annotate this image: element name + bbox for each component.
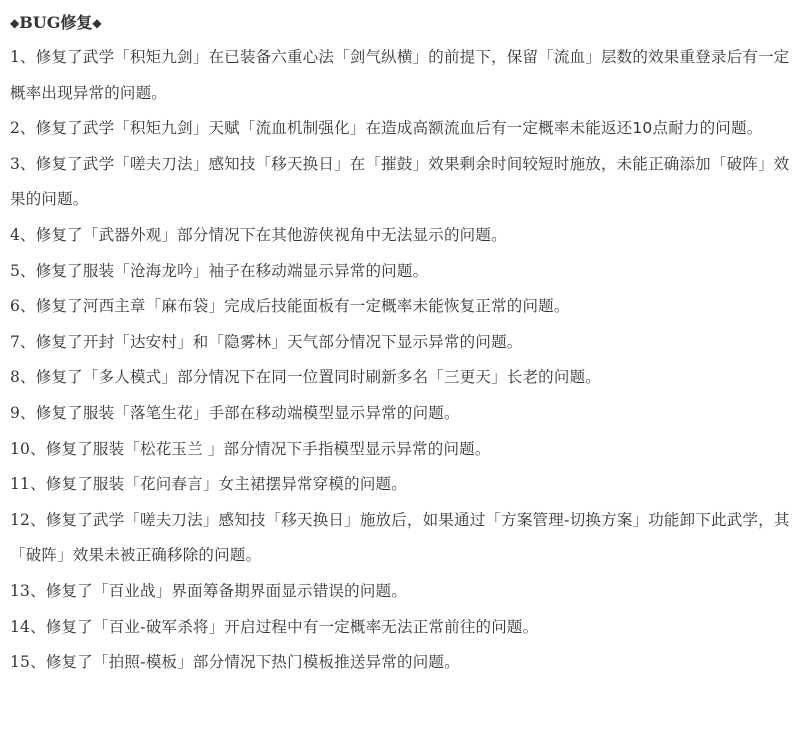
- item-text: 修复了武学「嗟夫刀法」感知技「移天换日」施放后，如果通过「方案管理-切换方案」功…: [10, 511, 790, 565]
- item-number: 3、: [10, 155, 36, 173]
- item-number: 10、: [10, 440, 46, 458]
- item-text: 修复了「百业-破军杀将」开启过程中有一定概率无法正常前往的问题。: [46, 618, 539, 636]
- diamond-icon: ◆: [92, 16, 101, 30]
- bug-fix-item: 5、修复了服装「沧海龙吟」袖子在移动端显示异常的问题。: [10, 254, 790, 290]
- section-heading-text: BUG修复: [19, 13, 92, 32]
- item-number: 13、: [10, 582, 46, 600]
- bug-fix-item: 11、修复了服装「花问春言」女主裙摆异常穿模的问题。: [10, 467, 790, 503]
- item-text: 修复了服装「松花玉兰 」部分情况下手指模型显示异常的问题。: [46, 440, 491, 458]
- item-text: 修复了武学「嗟夫刀法」感知技「移天换日」在「摧鼓」效果剩余时间较短时施放，未能正…: [10, 155, 789, 209]
- bug-fix-item: 7、修复了开封「达安村」和「隐雾林」天气部分情况下显示异常的问题。: [10, 325, 790, 361]
- item-number: 9、: [10, 404, 36, 422]
- bug-fix-item: 6、修复了河西主章「麻布袋」完成后技能面板有一定概率未能恢复正常的问题。: [10, 289, 790, 325]
- item-text: 修复了服装「花问春言」女主裙摆异常穿模的问题。: [46, 475, 407, 493]
- diamond-icon: ◆: [10, 16, 19, 30]
- item-number: 11、: [10, 475, 46, 493]
- item-number: 14、: [10, 618, 46, 636]
- item-number: 4、: [10, 226, 36, 244]
- item-number: 6、: [10, 297, 36, 315]
- item-number: 15、: [10, 653, 46, 671]
- bug-fix-item: 2、修复了武学「积矩九剑」天赋「流血机制强化」在造成高额流血后有一定概率未能返还…: [10, 111, 790, 147]
- item-text: 修复了「百业战」界面筹备期界面显示错误的问题。: [46, 582, 407, 600]
- bug-fix-item: 13、修复了「百业战」界面筹备期界面显示错误的问题。: [10, 574, 790, 610]
- bug-fix-item: 3、修复了武学「嗟夫刀法」感知技「移天换日」在「摧鼓」效果剩余时间较短时施放，未…: [10, 147, 790, 218]
- item-number: 7、: [10, 333, 36, 351]
- item-text: 修复了武学「积矩九剑」在已装备六重心法「剑气纵横」的前提下，保留「流血」层数的效…: [10, 48, 789, 102]
- bug-fix-item: 1、修复了武学「积矩九剑」在已装备六重心法「剑气纵横」的前提下，保留「流血」层数…: [10, 40, 790, 111]
- item-text: 修复了服装「落笔生花」手部在移动端模型显示异常的问题。: [36, 404, 460, 422]
- item-text: 修复了「多人模式」部分情况下在同一位置同时刷新多名「三更天」长老的问题。: [36, 368, 601, 386]
- item-text: 修复了「武器外观」部分情况下在其他游侠视角中无法显示的问题。: [36, 226, 507, 244]
- bug-fix-item: 12、修复了武学「嗟夫刀法」感知技「移天换日」施放后，如果通过「方案管理-切换方…: [10, 503, 790, 574]
- item-text: 修复了服装「沧海龙吟」袖子在移动端显示异常的问题。: [36, 262, 429, 280]
- bug-fix-item: 8、修复了「多人模式」部分情况下在同一位置同时刷新多名「三更天」长老的问题。: [10, 360, 790, 396]
- section-heading: ◆BUG修复◆: [10, 6, 790, 40]
- bug-fix-item: 15、修复了「拍照-模板」部分情况下热门模板推送异常的问题。: [10, 645, 790, 681]
- bug-fix-item: 10、修复了服装「松花玉兰 」部分情况下手指模型显示异常的问题。: [10, 432, 790, 468]
- bug-fix-item: 4、修复了「武器外观」部分情况下在其他游侠视角中无法显示的问题。: [10, 218, 790, 254]
- patch-notes-document: ◆BUG修复◆ 1、修复了武学「积矩九剑」在已装备六重心法「剑气纵横」的前提下，…: [10, 6, 790, 681]
- item-text: 修复了河西主章「麻布袋」完成后技能面板有一定概率未能恢复正常的问题。: [36, 297, 570, 315]
- bug-fix-item: 9、修复了服装「落笔生花」手部在移动端模型显示异常的问题。: [10, 396, 790, 432]
- item-number: 12、: [10, 511, 46, 529]
- item-number: 1、: [10, 48, 36, 66]
- item-number: 2、: [10, 119, 36, 137]
- bug-fix-item: 14、修复了「百业-破军杀将」开启过程中有一定概率无法正常前往的问题。: [10, 610, 790, 646]
- item-text: 修复了「拍照-模板」部分情况下热门模板推送异常的问题。: [46, 653, 460, 671]
- item-number: 5、: [10, 262, 36, 280]
- item-number: 8、: [10, 368, 36, 386]
- item-text: 修复了开封「达安村」和「隐雾林」天气部分情况下显示异常的问题。: [36, 333, 523, 351]
- item-text: 修复了武学「积矩九剑」天赋「流血机制强化」在造成高额流血后有一定概率未能返还10…: [36, 119, 763, 137]
